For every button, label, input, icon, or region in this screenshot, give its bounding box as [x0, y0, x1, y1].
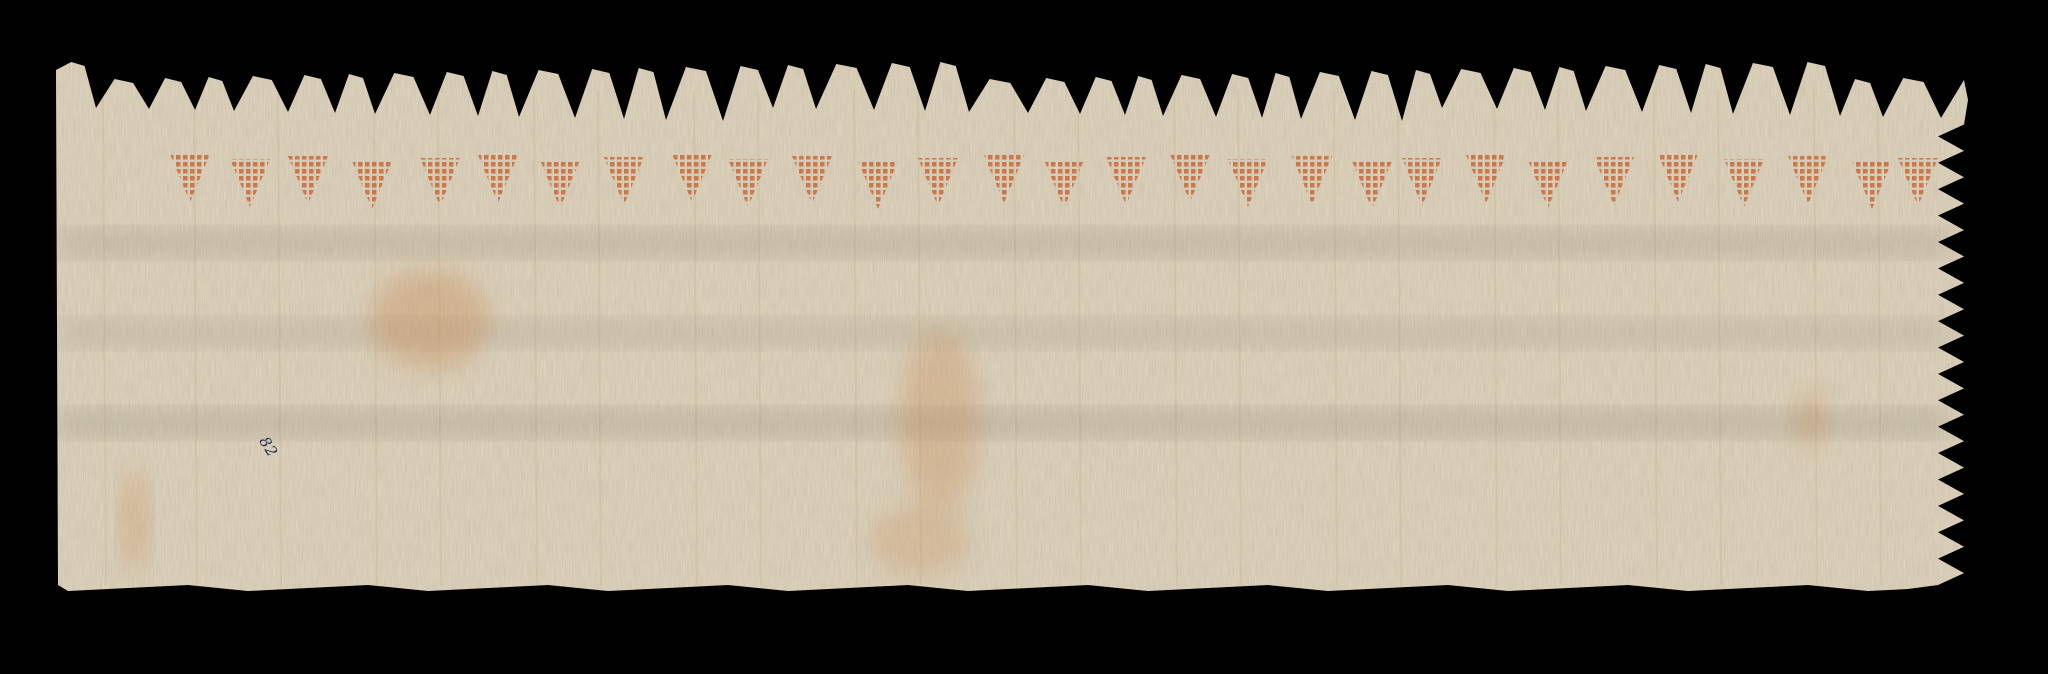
stain: [1792, 390, 1828, 450]
grime-band: [58, 230, 1948, 256]
grime-band: [58, 410, 1948, 436]
stain: [120, 470, 150, 570]
stain: [370, 270, 490, 370]
grime-band: [58, 320, 1948, 346]
stain: [900, 330, 980, 510]
stain: [870, 505, 970, 575]
barkcloth-photo: [0, 0, 2048, 674]
